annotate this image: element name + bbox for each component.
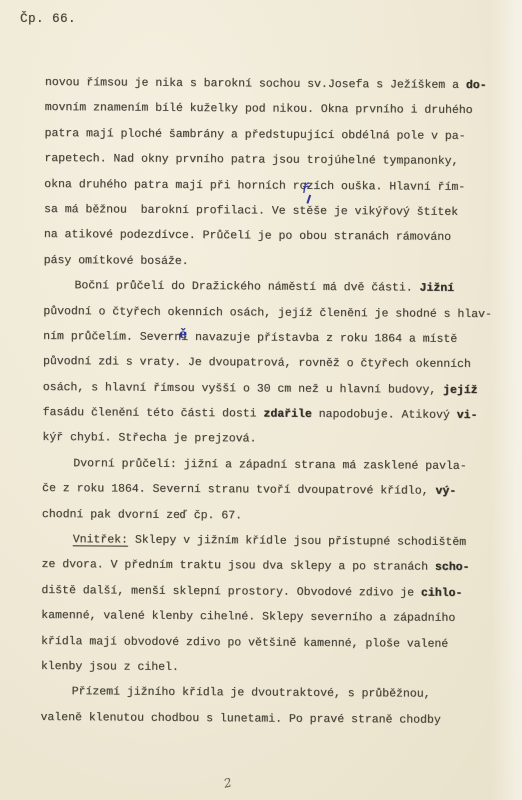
- text-segment: ze dvora. V předním traktu jsou dva skle…: [41, 558, 434, 574]
- text-segment: ním průčelím. Severní navazuje přístavba…: [43, 330, 457, 346]
- text-line-22: kamenné, valené klenby cihelné. Sklepy s…: [41, 603, 503, 632]
- text-segment: Boční průčelí do Dražického náměstí má d…: [74, 279, 419, 294]
- text-line-10: původní o čtyřech okenních osách, jejíž …: [43, 299, 505, 328]
- text-line-9: Boční průčelí do Dražického náměstí má d…: [43, 273, 505, 302]
- text-segment: původní o čtyřech okenních osách, jejíž …: [43, 305, 492, 321]
- text-line-24: klenby jsou z cihel.: [41, 654, 503, 683]
- text-line-4: rapetech. Nad okny prvního patra jsou tr…: [44, 146, 506, 175]
- text-segment: na atikové podezdívce. Průčelí je po obo…: [44, 228, 451, 244]
- handwritten-insertion-mark: ř: [302, 182, 309, 197]
- house-number-heading: Čp. 66.: [20, 12, 76, 26]
- text-segment: Jižní: [420, 282, 455, 295]
- text-segment: fasádu členění této části dosti: [43, 406, 264, 421]
- text-segment: če z roku 1864. Severní stranu tvoří dvo…: [42, 482, 435, 498]
- text-line-5: okna druhého patra mají při horních rozí…: [44, 172, 506, 201]
- handwritten-insertion-letter: ř: [302, 182, 309, 197]
- scanned-document-page: Čp. 66. novou římsou je nika s barokní s…: [0, 0, 522, 800]
- text-segment: Dvorní průčelí: jižní a západní strana m…: [73, 457, 466, 473]
- text-line-14: fasádu členění této části dosti zdařile …: [43, 400, 505, 429]
- text-line-23: křídla mají obvodové zdivo po většině ka…: [41, 629, 503, 658]
- text-segment: kamenné, valené klenby cihelné. Sklepy s…: [41, 609, 455, 625]
- text-segment: valeně klenutou chodbou s lunetami. Po p…: [40, 711, 440, 727]
- text-segment: jejíž: [443, 383, 478, 396]
- text-segment: křídla mají obvodové zdivo po většině ka…: [41, 635, 448, 651]
- text-line-3: patra mají ploché šambrány a předstupují…: [44, 121, 506, 150]
- text-segment: diště další, menší sklepní prostory. Obv…: [41, 584, 421, 600]
- text-segment: chodní pak dvorní zeď čp. 67.: [42, 508, 242, 522]
- text-line-11: ním průčelím. Severní navazuje přístavba…: [43, 324, 505, 353]
- text-segment: patra mají ploché šambrány a předstupují…: [45, 127, 466, 143]
- text-segment: cihlo-: [421, 586, 463, 599]
- text-segment: movním znamením bílé kuželky pod nikou. …: [45, 101, 473, 117]
- text-line-2: movním znamením bílé kuželky pod nikou. …: [45, 95, 507, 124]
- text-segment: rapetech. Nad okny prvního patra jsou tr…: [44, 152, 458, 168]
- text-line-7: na atikové podezdívce. Průčelí je po obo…: [44, 222, 506, 251]
- text-line-26: valeně klenutou chodbou s lunetami. Po p…: [40, 705, 502, 734]
- page-number: 2: [223, 775, 233, 790]
- text-segment: vi-: [457, 409, 478, 422]
- text-line-16: Dvorní průčelí: jižní a západní strana m…: [42, 451, 504, 480]
- typewritten-text-block: novou římsou je nika s barokní sochou sv…: [40, 70, 507, 733]
- text-segment: napodobuje. Atikový: [312, 408, 457, 422]
- text-segment: pásy omítkové bosáže.: [44, 254, 189, 268]
- text-line-6: sa má běžnou barokní profilaci. Ve stěše…: [44, 197, 506, 226]
- text-segment: osách, s hlavní římsou vyšší o 30 cm než…: [43, 381, 443, 397]
- text-segment: klenby jsou z cihel.: [41, 660, 179, 674]
- text-segment: Přízemí jižního křídla je dvoutraktové, …: [72, 686, 431, 702]
- text-line-8: pásy omítkové bosáže.: [44, 248, 506, 277]
- text-segment: scho-: [435, 561, 470, 574]
- text-segment: okna druhého patra mají při horních rozí…: [44, 178, 465, 194]
- text-line-18: chodní pak dvorní zeď čp. 67.: [42, 502, 504, 531]
- text-segment: kýř chybí. Střecha je prejzová.: [42, 431, 256, 445]
- text-line-1: novou římsou je nika s barokní sochou sv…: [45, 70, 507, 99]
- text-segment: původní zdi s vraty. Je dvoupatrová, rov…: [43, 355, 471, 371]
- handwritten-overstrike-mark: ě: [179, 326, 187, 341]
- text-line-13: osách, s hlavní římsou vyšší o 30 cm než…: [43, 375, 505, 404]
- text-line-20: ze dvora. V předním traktu jsou dva skle…: [41, 552, 503, 581]
- text-line-17: če z roku 1864. Severní stranu tvoří dvo…: [42, 476, 504, 505]
- text-line-19: Vnitřek: Sklepy v jižním křídle jsou pří…: [42, 527, 504, 556]
- text-segment: vý-: [435, 485, 456, 498]
- text-line-12: původní zdi s vraty. Je dvoupatrová, rov…: [43, 349, 505, 378]
- text-segment: sa má běžnou barokní profilaci. Ve stěše…: [44, 203, 458, 219]
- text-segment: novou římsou je nika s barokní sochou sv…: [45, 76, 466, 92]
- text-segment: Vnitřek:: [73, 533, 128, 546]
- text-line-21: diště další, menší sklepní prostory. Obv…: [41, 578, 503, 607]
- text-segment: do-: [466, 79, 487, 92]
- text-line-15: kýř chybí. Střecha je prejzová.: [42, 425, 504, 454]
- text-line-25: Přízemí jižního křídla je dvoutraktové, …: [41, 679, 503, 708]
- text-segment: Sklepy v jižním křídle jsou přístupné sc…: [128, 534, 466, 549]
- text-segment: zdařile: [263, 408, 311, 421]
